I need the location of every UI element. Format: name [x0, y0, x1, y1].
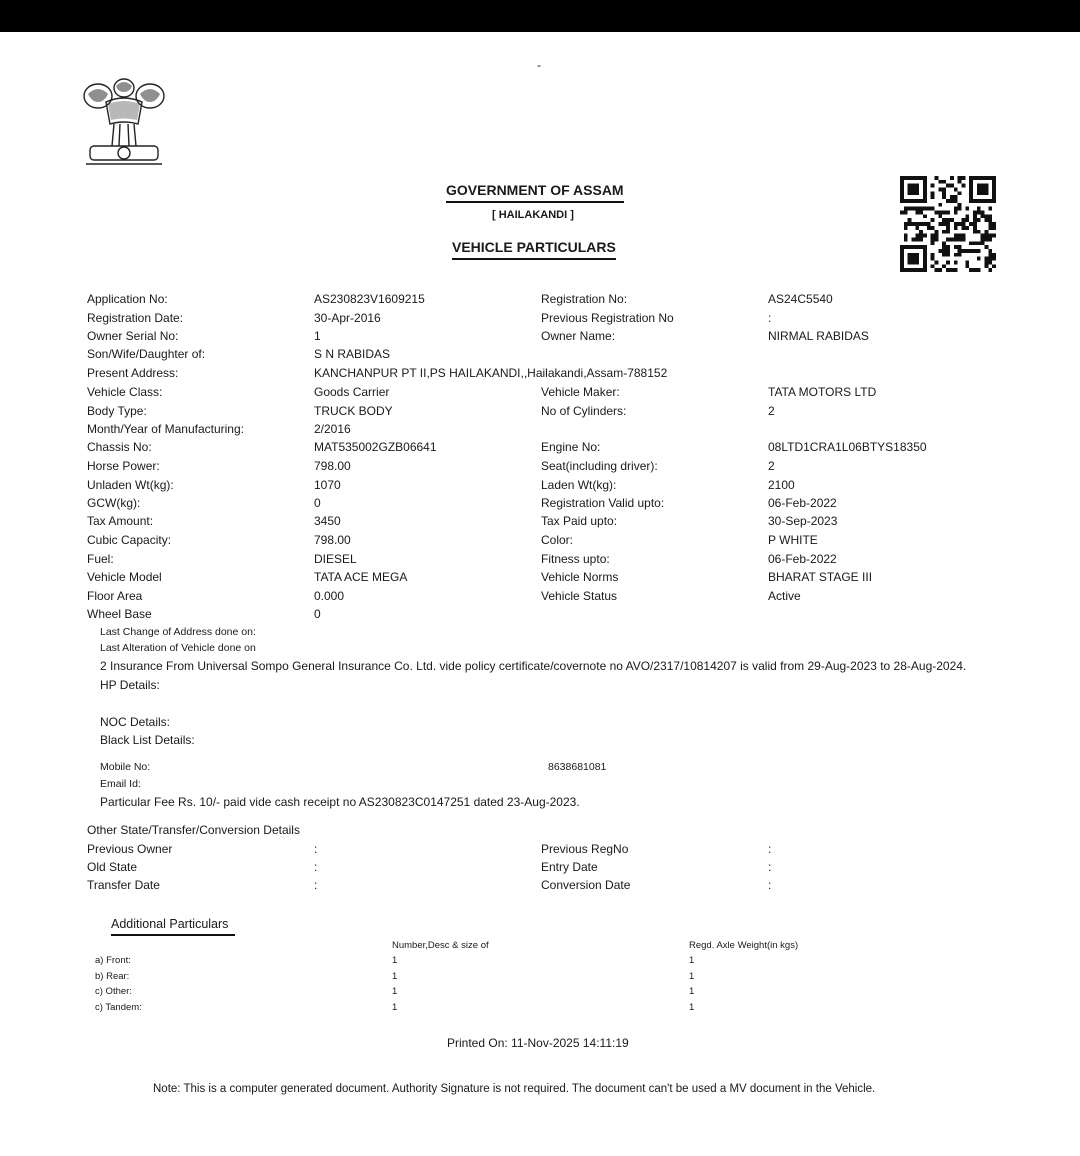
field-label: Vehicle Norms: [541, 570, 618, 584]
axle-weight: 1: [689, 971, 694, 982]
field-label: Previous Owner: [87, 842, 172, 856]
top-mark: -: [537, 58, 541, 72]
field-value: 0: [314, 496, 321, 510]
field-label: Body Type:: [87, 404, 147, 418]
insurance-details: 2 Insurance From Universal Sompo General…: [100, 659, 966, 673]
field-label: Registration No:: [541, 292, 627, 306]
field-label: Horse Power:: [87, 459, 160, 473]
field-value: 798.00: [314, 459, 351, 473]
field-value: NIRMAL RABIDAS: [768, 329, 869, 343]
hp-details: HP Details:: [100, 678, 160, 692]
axle-weight-header: Regd. Axle Weight(in kgs): [689, 940, 798, 951]
field-label: Application No:: [87, 292, 168, 306]
qr-code-icon: [900, 176, 996, 272]
field-value: :: [768, 878, 771, 892]
national-emblem-icon: [76, 74, 172, 168]
field-label: Color:: [541, 533, 573, 547]
field-value: MAT535002GZB06641: [314, 440, 437, 454]
field-value: 30-Sep-2023: [768, 514, 837, 528]
field-label: Floor Area: [87, 589, 142, 603]
field-value: :: [768, 860, 771, 874]
field-value: 3450: [314, 514, 341, 528]
field-label: Vehicle Class:: [87, 385, 162, 399]
field-label: Registration Date:: [87, 311, 183, 325]
field-label: Month/Year of Manufacturing:: [87, 422, 244, 436]
field-value: Active: [768, 589, 801, 603]
field-label: Vehicle Model: [87, 570, 162, 584]
field-label: Owner Serial No:: [87, 329, 178, 343]
government-title: GOVERNMENT OF ASSAM: [446, 182, 624, 203]
field-value: 06-Feb-2022: [768, 496, 837, 510]
field-label: Conversion Date: [541, 878, 630, 892]
field-value: TRUCK BODY: [314, 404, 393, 418]
mobile-value: 8638681081: [548, 761, 606, 773]
field-value: :: [768, 311, 771, 325]
printed-on: Printed On: 11-Nov-2025 14:11:19: [447, 1036, 629, 1050]
field-value: 06-Feb-2022: [768, 552, 837, 566]
axle-weight: 1: [689, 1002, 694, 1013]
top-black-bar: [0, 0, 1080, 32]
axle-label: c) Other:: [95, 986, 132, 997]
field-label: Son/Wife/Daughter of:: [87, 347, 205, 361]
field-label: Engine No:: [541, 440, 600, 454]
field-value: 30-Apr-2016: [314, 311, 381, 325]
field-label: Tax Amount:: [87, 514, 153, 528]
field-label: Registration Valid upto:: [541, 496, 664, 510]
field-value: AS230823V1609215: [314, 292, 425, 306]
footer-note: Note: This is a computer generated docum…: [153, 1083, 875, 1095]
field-label: Present Address:: [87, 366, 178, 380]
field-label: Previous RegNo: [541, 842, 628, 856]
axle-number: 1: [392, 1002, 397, 1013]
axle-number: 1: [392, 955, 397, 966]
field-label: Entry Date: [541, 860, 598, 874]
axle-label: c) Tandem:: [95, 1002, 142, 1013]
axle-number: 1: [392, 986, 397, 997]
field-value: 1070: [314, 478, 341, 492]
field-value: 2: [768, 404, 775, 418]
email-label: Email Id:: [100, 778, 141, 790]
field-label: Seat(including driver):: [541, 459, 658, 473]
field-label: Tax Paid upto:: [541, 514, 617, 528]
field-label: No of Cylinders:: [541, 404, 626, 418]
field-label: Fuel:: [87, 552, 114, 566]
field-label: Cubic Capacity:: [87, 533, 171, 547]
field-value: Goods Carrier: [314, 385, 389, 399]
field-value: 0.000: [314, 589, 344, 603]
field-label: Owner Name:: [541, 329, 615, 343]
field-value: 1: [314, 329, 321, 343]
field-value: AS24C5540: [768, 292, 833, 306]
field-label: Fitness upto:: [541, 552, 610, 566]
field-value: TATA ACE MEGA: [314, 570, 407, 584]
field-value: DIESEL: [314, 552, 357, 566]
field-label: GCW(kg):: [87, 496, 140, 510]
last-alteration: Last Alteration of Vehicle done on: [100, 642, 256, 654]
field-label: Unladen Wt(kg):: [87, 478, 174, 492]
field-value: BHARAT STAGE III: [768, 570, 872, 584]
additional-particulars-heading: Additional Particulars: [111, 917, 235, 936]
field-label: Previous Registration No: [541, 311, 674, 325]
field-value: 08LTD1CRA1L06BTYS18350: [768, 440, 927, 454]
field-label: Vehicle Status: [541, 589, 617, 603]
field-value: S N RABIDAS: [314, 347, 390, 361]
field-value: KANCHANPUR PT II,PS HAILAKANDI,,Hailakan…: [314, 366, 667, 380]
field-label: Vehicle Maker:: [541, 385, 620, 399]
field-label: Wheel Base: [87, 607, 152, 621]
field-label: Chassis No:: [87, 440, 152, 454]
field-label: Transfer Date: [87, 878, 160, 892]
axle-number: 1: [392, 971, 397, 982]
document-title: VEHICLE PARTICULARS: [452, 239, 616, 260]
field-value: 798.00: [314, 533, 351, 547]
blacklist-details: Black List Details:: [100, 733, 195, 747]
axle-weight: 1: [689, 986, 694, 997]
mobile-label: Mobile No:: [100, 761, 150, 773]
last-address-change: Last Change of Address done on:: [100, 626, 256, 638]
field-label: Laden Wt(kg):: [541, 478, 616, 492]
field-value: :: [314, 842, 317, 856]
axle-label: a) Front:: [95, 955, 131, 966]
axle-weight: 1: [689, 955, 694, 966]
fee-receipt: Particular Fee Rs. 10/- paid vide cash r…: [100, 795, 580, 809]
district-name: [ HAILAKANDI ]: [492, 209, 574, 221]
transfer-heading: Other State/Transfer/Conversion Details: [87, 823, 300, 837]
field-value: :: [314, 860, 317, 874]
noc-details: NOC Details:: [100, 715, 170, 729]
field-value: P WHITE: [768, 533, 818, 547]
field-value: 2/2016: [314, 422, 351, 436]
field-value: 2: [768, 459, 775, 473]
field-label: Old State: [87, 860, 137, 874]
field-value: 0: [314, 607, 321, 621]
axle-label: b) Rear:: [95, 971, 129, 982]
field-value: 2100: [768, 478, 795, 492]
field-value: :: [314, 878, 317, 892]
field-value: TATA MOTORS LTD: [768, 385, 876, 399]
axle-number-header: Number,Desc & size of: [392, 940, 489, 951]
field-value: :: [768, 842, 771, 856]
